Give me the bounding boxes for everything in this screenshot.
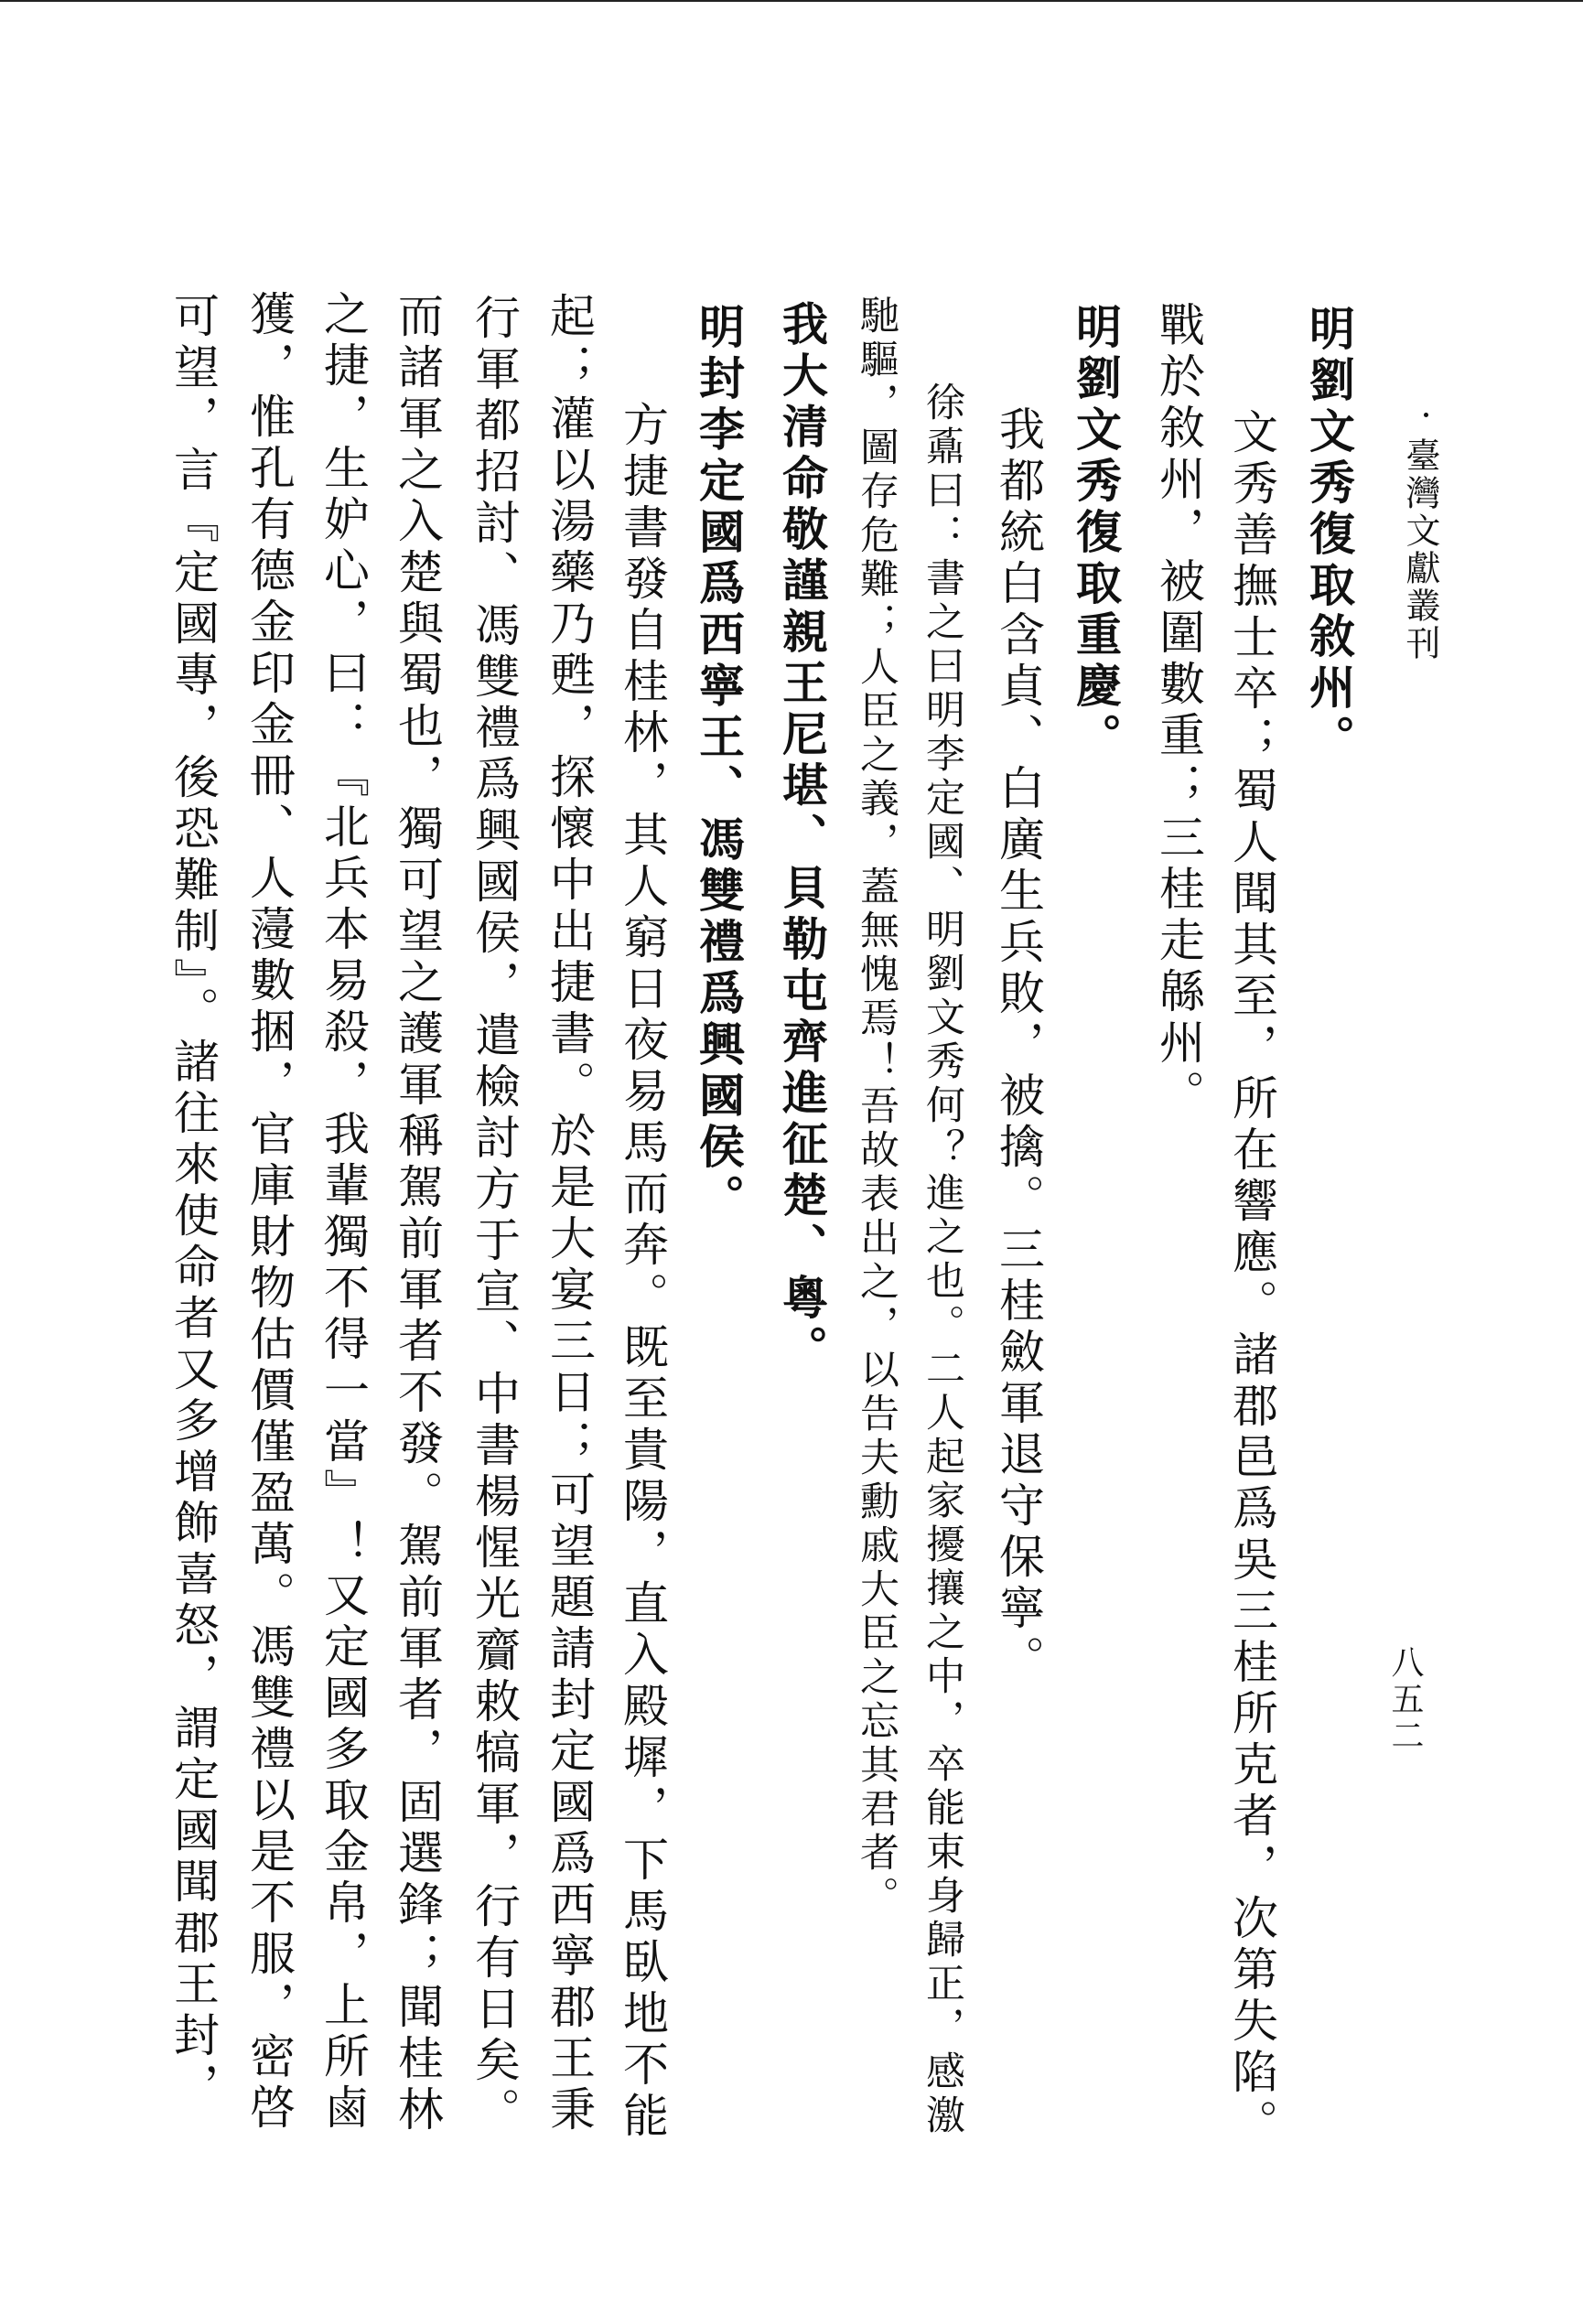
text-column: 我都統白含貞、白廣生兵敗，被擒。三桂斂軍退守保寧。 — [991, 405, 1046, 1686]
text-column: 獲，惟孔有德金印金冊、人薓數捆，官庫財物估價僅盈萬。馮雙禮以是不服，密啓 — [242, 290, 296, 2135]
text-column: 戰於敘州，被圍數重；三桂走緜州。 — [1151, 301, 1206, 1121]
commentary-column: 馳驅，圖存危難；人臣之義，蓋無愧焉！吾故表出之，以告夫勳戚大臣之忘其君者。 — [849, 295, 904, 1920]
section-heading-qing-campaign: 我大清命敬謹親王尼堪、貝勒屯齊進征楚、粵。 — [774, 300, 829, 1376]
text-column: 之捷，生妒心，曰：『北兵本易殺，我輩獨不得一當』！又定國多取金帛，上所鹵 — [316, 290, 371, 2135]
text-column: 而諸軍之入楚與蜀也，獨可望之護軍稱駕前軍者不發。駕前軍者，固選鋒；聞桂林 — [390, 292, 445, 2136]
commentary-column: 徐鼒曰：書之曰明李定國、明劉文秀何？進之也。二人起家擾攘之中，卒能束身歸正，感激 — [915, 382, 970, 2138]
text-column: 行軍都招討、馮雙禮爲興國侯，遣檢討方于宣、中書楊惺光齎敕犒軍，行有日矣。 — [467, 294, 522, 2138]
text-column: 方捷書發自桂林，其人窮日夜易馬而奔。既至貴陽，直入殿墀，下馬臥地不能 — [615, 401, 670, 2143]
page-number: 八五二 — [1382, 1645, 1427, 1755]
text-column: 文秀善撫士卒；蜀人聞其至，所在響應。諸郡邑爲吳三桂所克者，次第失陷。 — [1224, 408, 1279, 2150]
book-page: 臺灣文獻叢刊 八五二 明劉文秀復取敘州。 文秀善撫士卒；蜀人聞其至，所在響應。諸… — [0, 0, 1583, 2324]
running-header: 臺灣文獻叢刊 — [1397, 437, 1443, 662]
text-column: 可望，言『定國專，後恐難制』。諸往來使命者又多增飾喜怒，謂定國聞郡王封， — [166, 292, 221, 2114]
header-dot-mark — [1424, 413, 1428, 417]
section-heading-li-dingguo-enfeoffed: 明封李定國爲西寧王、馮雙禮爲興國侯。 — [691, 303, 746, 1225]
text-column: 起；灌以湯藥乃甦，探懷中出捷書。於是大宴三日；可望題請封定國爲西寧郡王秉 — [542, 292, 597, 2136]
section-heading-liu-wenxiu-xuzhou: 明劉文秀復取敘州。 — [1301, 305, 1356, 766]
section-heading-liu-wenxiu-chongqing: 明劉文秀復取重慶。 — [1068, 303, 1123, 764]
